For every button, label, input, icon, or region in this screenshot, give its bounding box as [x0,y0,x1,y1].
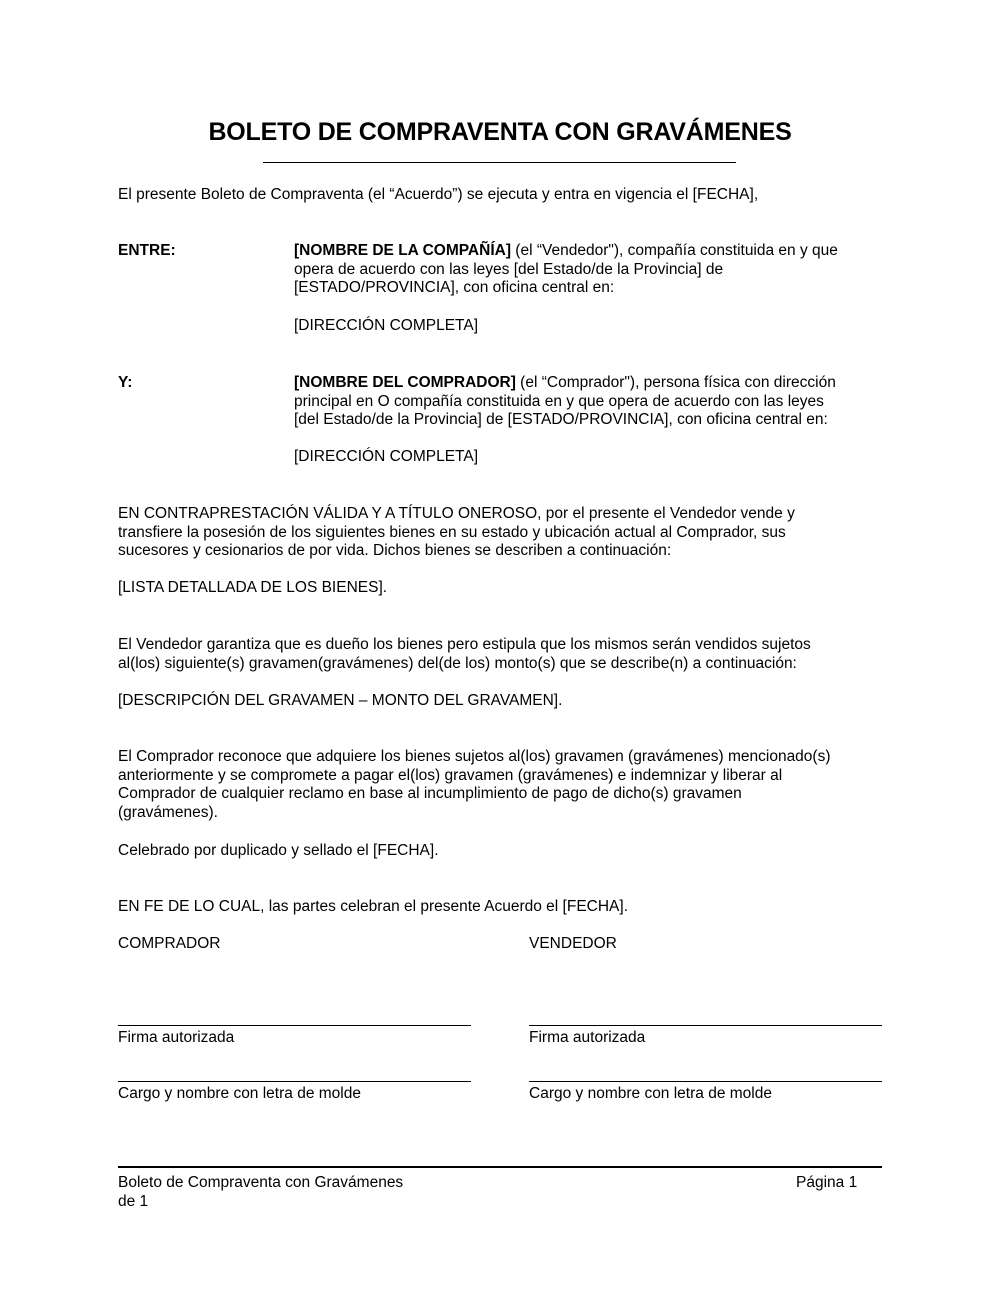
party-seller-line-1: [NOMBRE DE LA COMPAÑÍA] (el “Vendedor"),… [294,242,894,261]
footer-document-name: Boleto de Compraventa con Gravámenes [118,1174,403,1192]
seller-name-label: Cargo y nombre con letra de molde [529,1085,772,1103]
signature-party-buyer: COMPRADOR [118,935,220,953]
buyer-signature-label: Firma autorizada [118,1029,234,1047]
witness-statement: EN FE DE LO CUAL, las partes celebran el… [118,898,628,916]
signature-party-seller: VENDEDOR [529,935,617,953]
footer-page-number: Página 1 [796,1174,857,1192]
party-seller-description: [NOMBRE DE LA COMPAÑÍA] (el “Vendedor"),… [294,242,894,298]
executed-statement: Celebrado por duplicado y sellado el [FE… [118,842,439,860]
seller-signature-line [529,1025,882,1026]
document-title: BOLETO DE COMPRAVENTA CON GRAVÁMENES [0,116,1000,148]
party-buyer-address: [DIRECCIÓN COMPLETA] [294,448,478,466]
seller-signature-label: Firma autorizada [529,1029,645,1047]
footer-page-total: de 1 [118,1193,148,1211]
warranty-paragraph: El Vendedor garantiza que es dueño los b… [118,636,888,673]
footer-rule [118,1166,882,1168]
party-buyer-line-1: [NOMBRE DEL COMPRADOR] (el “Comprador"),… [294,374,894,393]
party-buyer-line-2: principal en O compañía constituida en y… [294,393,894,412]
party-label-buyer: Y: [118,374,132,392]
buyer-name-label: Cargo y nombre con letra de molde [118,1085,361,1103]
lien-description-placeholder: [DESCRIPCIÓN DEL GRAVAMEN – MONTO DEL GR… [118,692,562,710]
buyer-name-line [118,1081,471,1082]
party-label-seller: ENTRE: [118,242,176,260]
party-seller-address: [DIRECCIÓN COMPLETA] [294,317,478,335]
buyer-signature-line [118,1025,471,1026]
goods-list-placeholder: [LISTA DETALLADA DE LOS BIENES]. [118,579,387,597]
acknowledgement-paragraph: El Comprador reconoce que adquiere los b… [118,748,888,822]
consideration-paragraph: EN CONTRAPRESTACIÓN VÁLIDA Y A TÍTULO ON… [118,505,888,561]
seller-name-placeholder: [NOMBRE DE LA COMPAÑÍA] [294,242,511,259]
title-underline [263,162,736,163]
party-seller-line-2: opera de acuerdo con las leyes [del Esta… [294,261,894,280]
party-buyer-line-3: [del Estado/de la Provincia] de [ESTADO/… [294,411,894,430]
intro-paragraph: El presente Boleto de Compraventa (el “A… [118,186,758,204]
party-seller-line-3: [ESTADO/PROVINCIA], con oficina central … [294,279,894,298]
buyer-name-placeholder: [NOMBRE DEL COMPRADOR] [294,374,516,391]
seller-name-line [529,1081,882,1082]
party-buyer-description: [NOMBRE DEL COMPRADOR] (el “Comprador"),… [294,374,894,430]
